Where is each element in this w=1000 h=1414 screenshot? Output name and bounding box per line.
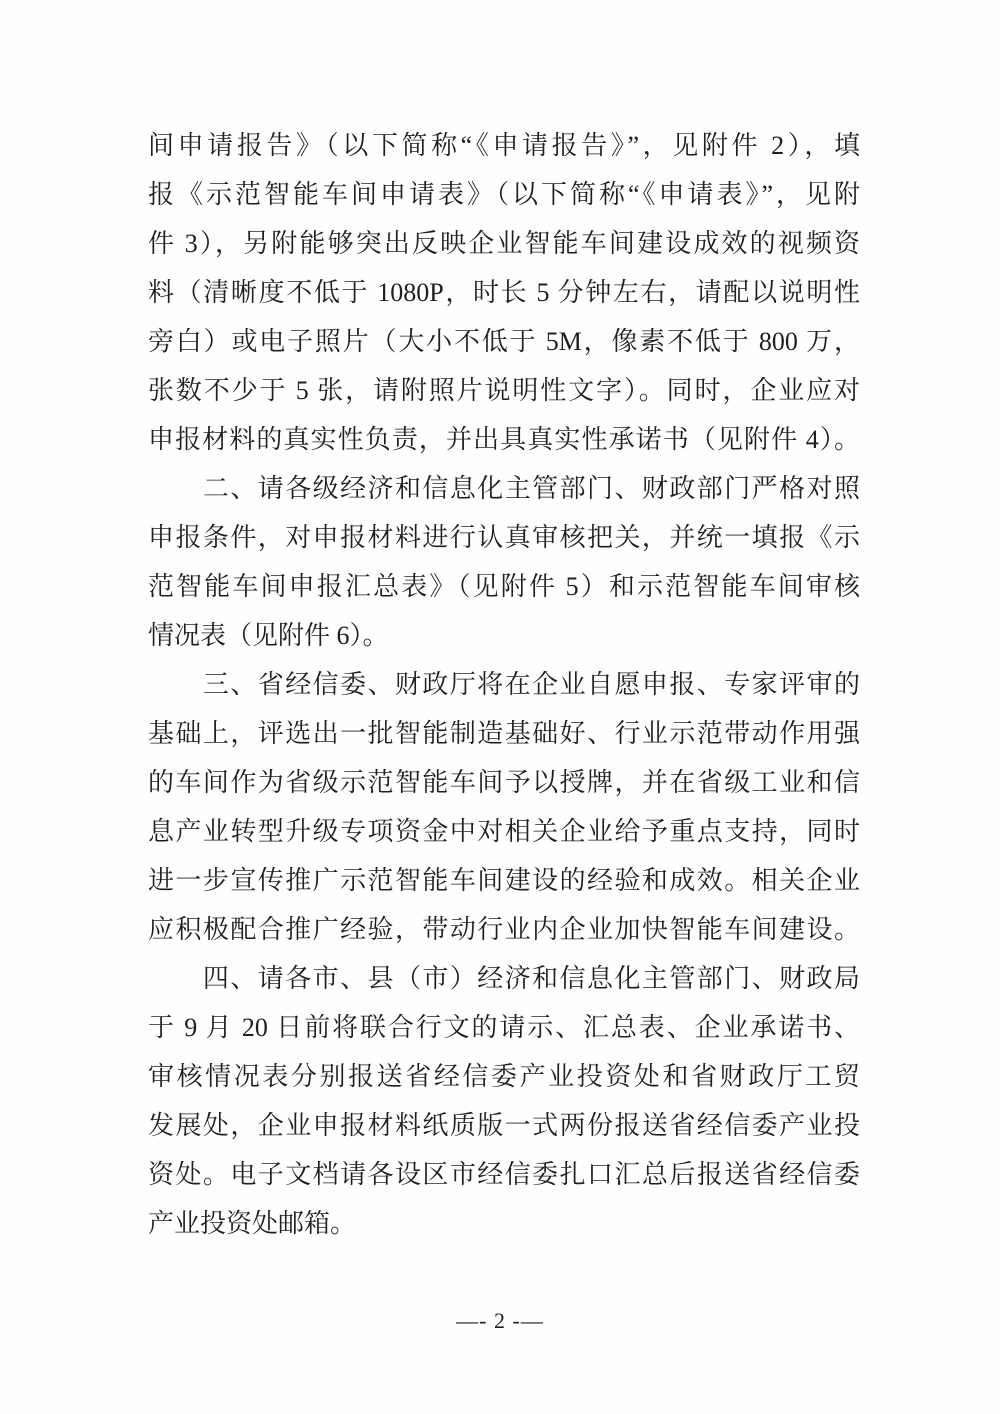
text-line: 审核情况表分别报送省经信委产业投资处和省财政厅工贸 [148,1052,860,1101]
text-line: 范智能车间申报汇总表》（见附件 5）和示范智能车间审核 [148,562,860,611]
text-line: 应积极配合推广经验，带动行业内企业加快智能车间建设。 [148,905,860,954]
text-line: 情况表（见附件 6）。 [148,611,860,660]
text-line: 报《示范智能车间申请表》（以下简称“《申请表》”，见附 [148,170,860,219]
page-number: —- 2 -— [0,1306,1000,1336]
text-line: 张数不少于 5 张，请附照片说明性文字）。同时，企业应对 [148,366,860,415]
document-body: 间申请报告》（以下简称“《申请报告》”，见附件 2），填 报《示范智能车间申请表… [148,121,860,1248]
text-line: 基础上，评选出一批智能制造基础好、行业示范带动作用强 [148,709,860,758]
text-line: 申报材料的真实性负责，并出具真实性承诺书（见附件 4）。 [148,415,860,464]
text-line: 息产业转型升级专项资金中对相关企业给予重点支持，同时 [148,807,860,856]
text-line: 二、请各级经济和信息化主管部门、财政部门严格对照 [148,464,860,513]
text-line: 旁白）或电子照片（大小不低于 5M，像素不低于 800 万， [148,317,860,366]
text-line: 的车间作为省级示范智能车间予以授牌，并在省级工业和信 [148,758,860,807]
text-line: 资处。电子文档请各设区市经信委扎口汇总后报送省经信委 [148,1150,860,1199]
text-line: 间申请报告》（以下简称“《申请报告》”，见附件 2），填 [148,121,860,170]
text-line: 申报条件，对申报材料进行认真审核把关，并统一填报《示 [148,513,860,562]
text-line: 四、请各市、县（市）经济和信息化主管部门、财政局 [148,954,860,1003]
text-line: 三、省经信委、财政厅将在企业自愿申报、专家评审的 [148,660,860,709]
text-line: 进一步宣传推广示范智能车间建设的经验和成效。相关企业 [148,856,860,905]
document-page: 间申请报告》（以下简称“《申请报告》”，见附件 2），填 报《示范智能车间申请表… [0,0,1000,1414]
text-line: 件 3），另附能够突出反映企业智能车间建设成效的视频资 [148,219,860,268]
text-line: 发展处，企业申报材料纸质版一式两份报送省经信委产业投 [148,1101,860,1150]
text-line: 于 9 月 20 日前将联合行文的请示、汇总表、企业承诺书、 [148,1003,860,1052]
text-line: 产业投资处邮箱。 [148,1199,860,1248]
text-line: 料（清晰度不低于 1080P，时长 5 分钟左右，请配以说明性 [148,268,860,317]
